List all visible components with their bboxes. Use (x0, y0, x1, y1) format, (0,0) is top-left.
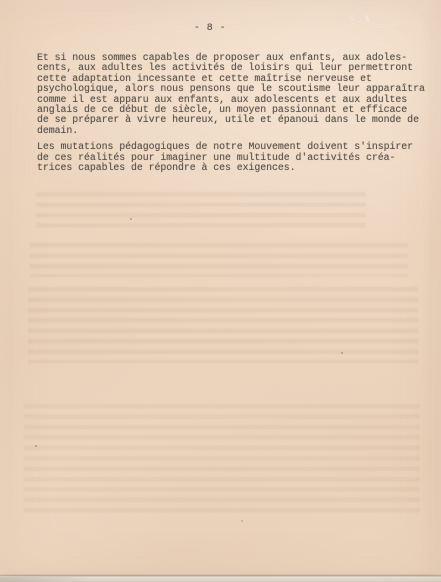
bleed-through-text (24, 404, 420, 516)
paragraph: Et si nous sommes capables de proposer a… (37, 53, 435, 136)
bleed-through-text (30, 243, 408, 277)
scanned-document-page: - 8 - Et si nous sommes capables de prop… (0, 0, 441, 582)
paper-speck (241, 520, 243, 522)
bleed-through-text (36, 192, 366, 232)
paper-speck (341, 352, 343, 354)
scan-edge-strip (0, 574, 441, 582)
paper-speck (35, 445, 37, 447)
pencil-scribble-mark (336, 2, 436, 34)
bleed-through-text (28, 287, 418, 363)
paper-speck (130, 218, 132, 220)
paragraph: Les mutations pédagogiques de notre Mouv… (37, 142, 435, 173)
typewritten-text-block: Et si nous sommes capables de proposer a… (37, 53, 435, 173)
